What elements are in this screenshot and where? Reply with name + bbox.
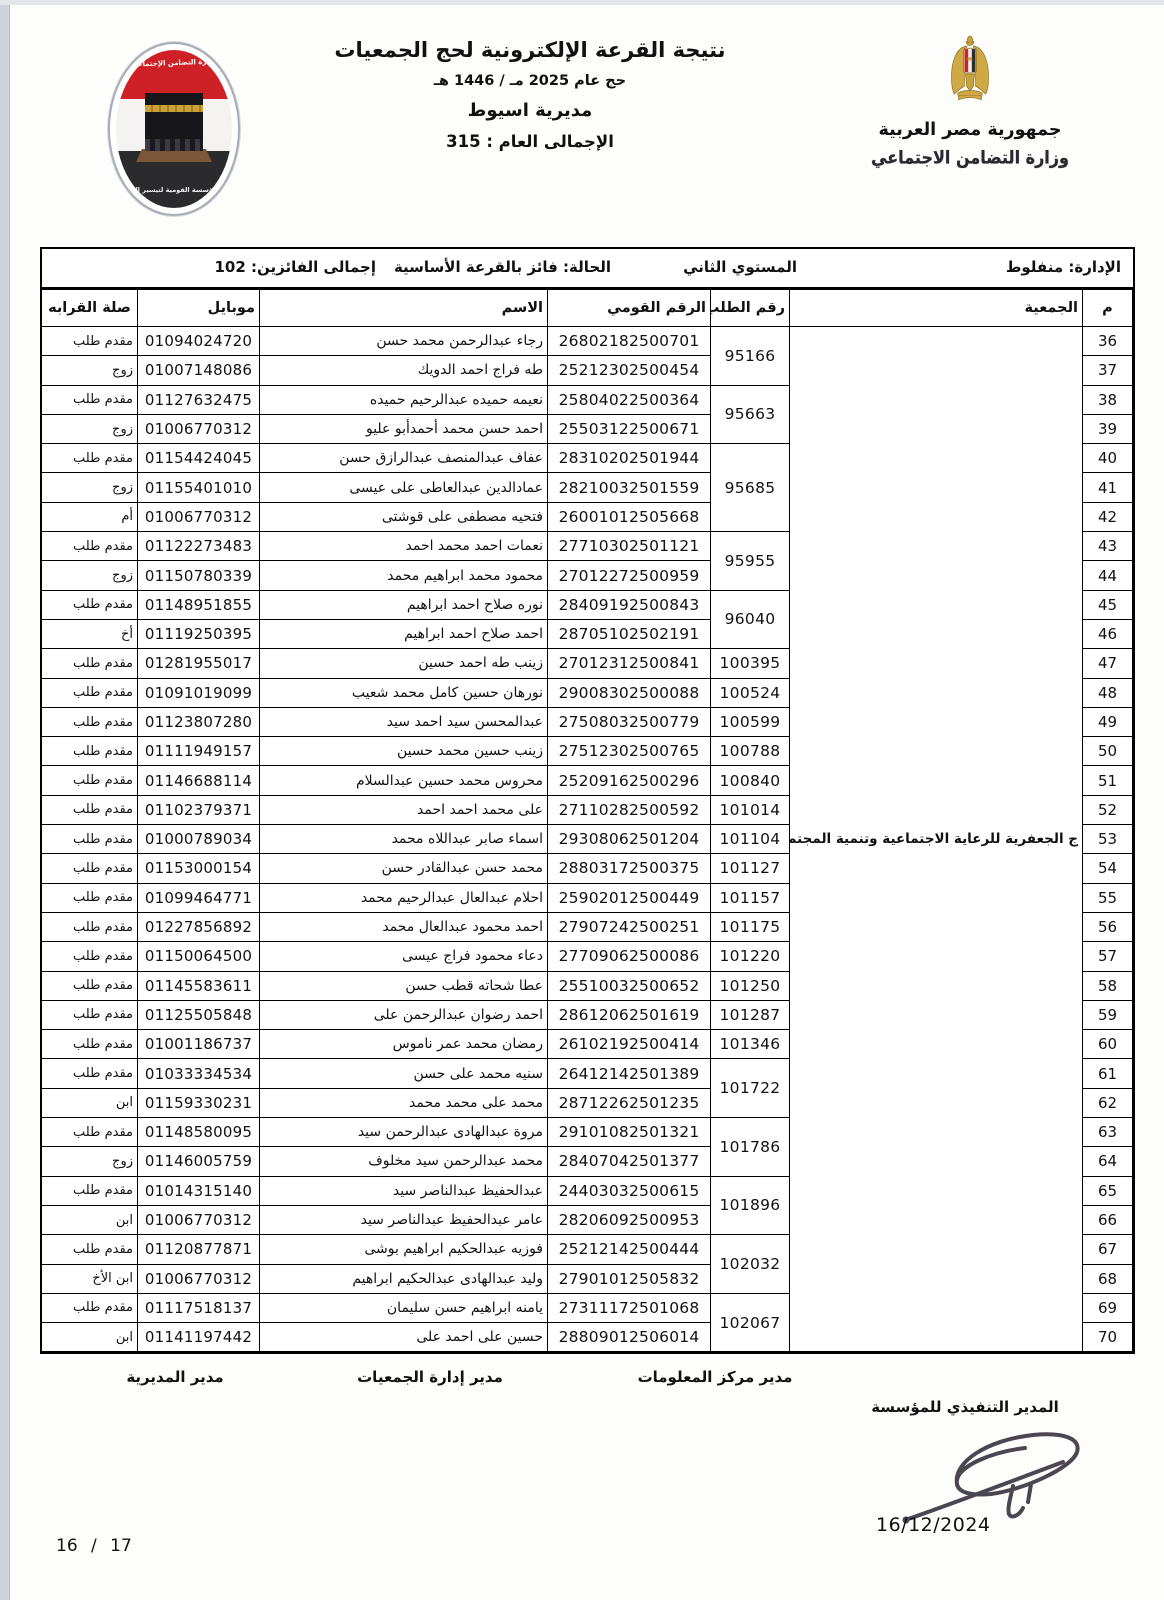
national-id-cell: 24403032500615 <box>548 1176 711 1205</box>
name-cell: نوره صلاح احمد ابراهيم <box>260 590 548 619</box>
name-cell: نعيمه حميده عبدالرحيم حميده <box>260 385 548 414</box>
table-row: 36ج الجعفرية للرعاية الاجتماعية وتنمية ا… <box>42 327 1133 356</box>
name-cell: حسين على احمد على <box>260 1323 548 1352</box>
relation-cell: زوج <box>42 473 138 502</box>
relation-cell: مقدم طلب <box>42 1235 138 1264</box>
row-number-cell: 69 <box>1083 1293 1133 1322</box>
row-number-cell: 56 <box>1083 912 1133 941</box>
mobile-cell: 01006770312 <box>138 414 260 443</box>
national-id-cell: 27012272500959 <box>548 561 711 590</box>
name-cell: زينب طه احمد حسين <box>260 649 548 678</box>
mobile-cell: 01006770312 <box>138 1205 260 1234</box>
national-id-cell: 29008302500088 <box>548 678 711 707</box>
row-number-cell: 40 <box>1083 444 1133 473</box>
request-number-cell: 100840 <box>711 766 790 795</box>
request-number-cell: 101157 <box>711 883 790 912</box>
name-cell: محمد عبدالرحمن سيد مخلوف <box>260 1147 548 1176</box>
mobile-cell: 01099464771 <box>138 883 260 912</box>
page-number: 16 / 17 <box>56 1536 132 1556</box>
name-cell: زينب حسين محمد حسين <box>260 737 548 766</box>
row-number-cell: 51 <box>1083 766 1133 795</box>
national-id-cell: 26802182500701 <box>548 327 711 356</box>
national-id-cell: 27110282500592 <box>548 795 711 824</box>
request-number-cell: 95663 <box>711 385 790 444</box>
mobile-cell: 01154424045 <box>138 444 260 473</box>
row-number-cell: 50 <box>1083 737 1133 766</box>
name-cell: محمد على محمد محمد <box>260 1088 548 1117</box>
mobile-cell: 01006770312 <box>138 502 260 531</box>
grand-total-line: الإجمالى العام : 315 <box>330 132 730 151</box>
national-id-cell: 27311172501068 <box>548 1293 711 1322</box>
request-number-cell: 101175 <box>711 912 790 941</box>
row-number-cell: 47 <box>1083 649 1133 678</box>
relation-cell: مقدم طلب <box>42 707 138 736</box>
row-number-cell: 39 <box>1083 414 1133 443</box>
relation-cell: مقدم طلب <box>42 327 138 356</box>
national-id-cell: 27901012505832 <box>548 1264 711 1293</box>
request-number-cell: 101346 <box>711 1030 790 1059</box>
administration-label: الإدارة: منفلوط <box>1006 258 1121 276</box>
mobile-cell: 01119250395 <box>138 619 260 648</box>
name-cell: فوزيه عبدالحكيم ابراهيم بوشى <box>260 1235 548 1264</box>
mobile-cell: 01148951855 <box>138 590 260 619</box>
request-number-cell: 102067 <box>711 1293 790 1352</box>
relation-cell: مقدم طلب <box>42 678 138 707</box>
mobile-cell: 01001186737 <box>138 1030 260 1059</box>
national-id-cell: 26412142501389 <box>548 1059 711 1088</box>
scan-edge-strip <box>0 0 10 1600</box>
row-number-cell: 58 <box>1083 971 1133 1000</box>
relation-cell: مقدم طلب <box>42 825 138 854</box>
name-cell: محمود محمد ابراهيم محمد <box>260 561 548 590</box>
mobile-cell: 01281955017 <box>138 649 260 678</box>
row-number-cell: 64 <box>1083 1147 1133 1176</box>
col-header-relation: صلة القرابه <box>42 290 138 327</box>
name-cell: احمد رضوان عبدالرحمن على <box>260 1000 548 1029</box>
mobile-cell: 01120877871 <box>138 1235 260 1264</box>
results-table: م الجمعية رقم الطلب الرقم القومي الاسم م… <box>41 289 1133 1352</box>
national-id-cell: 27012312500841 <box>548 649 711 678</box>
name-cell: سنيه محمد على حسن <box>260 1059 548 1088</box>
row-number-cell: 54 <box>1083 854 1133 883</box>
row-number-cell: 42 <box>1083 502 1133 531</box>
national-id-cell: 25510032500652 <box>548 971 711 1000</box>
mobile-cell: 01148580095 <box>138 1118 260 1147</box>
relation-cell: مقدم طلب <box>42 385 138 414</box>
name-cell: رجاء عبدالرحمن محمد حسن <box>260 327 548 356</box>
name-cell: محروس محمد حسين عبدالسلام <box>260 766 548 795</box>
relation-cell: مقدم طلب <box>42 1059 138 1088</box>
row-number-cell: 61 <box>1083 1059 1133 1088</box>
mobile-cell: 01155401010 <box>138 473 260 502</box>
national-id-cell: 25902012500449 <box>548 883 711 912</box>
col-header-serial: م <box>1083 290 1133 327</box>
request-number-cell: 101722 <box>711 1059 790 1118</box>
national-id-cell: 26102192500414 <box>548 1030 711 1059</box>
scan-edge-top <box>0 0 1164 5</box>
directorate-line: مديرية اسيوط <box>330 100 730 121</box>
national-id-cell: 26001012505668 <box>548 502 711 531</box>
document-title-block: نتيجة القرعة الإلكترونية لحج الجمعيات حج… <box>330 38 730 151</box>
name-cell: فتحيه مصطفى على قوشتى <box>260 502 548 531</box>
request-number-cell: 100524 <box>711 678 790 707</box>
request-number-cell: 101127 <box>711 854 790 883</box>
request-number-cell: 101250 <box>711 971 790 1000</box>
mobile-cell: 01141197442 <box>138 1323 260 1352</box>
mobile-cell: 01014315140 <box>138 1176 260 1205</box>
row-number-cell: 36 <box>1083 327 1133 356</box>
row-number-cell: 59 <box>1083 1000 1133 1029</box>
row-number-cell: 43 <box>1083 532 1133 561</box>
name-cell: نورهان حسين كامل محمد شعيب <box>260 678 548 707</box>
mobile-cell: 01094024720 <box>138 327 260 356</box>
request-number-cell: 100788 <box>711 737 790 766</box>
mobile-cell: 01000789034 <box>138 825 260 854</box>
relation-cell: مقدم طلب <box>42 1000 138 1029</box>
mobile-cell: 01150780339 <box>138 561 260 590</box>
name-cell: نعمات احمد محمد احمد <box>260 532 548 561</box>
relation-cell: مقدم طلب <box>42 649 138 678</box>
mobile-cell: 01145583611 <box>138 971 260 1000</box>
mobile-cell: 01006770312 <box>138 1264 260 1293</box>
row-number-cell: 37 <box>1083 356 1133 385</box>
name-cell: رمضان محمد عمر ناموس <box>260 1030 548 1059</box>
mobile-cell: 01007148086 <box>138 356 260 385</box>
relation-cell: مقدم طلب <box>42 590 138 619</box>
national-id-cell: 29308062501204 <box>548 825 711 854</box>
national-id-cell: 28206092500953 <box>548 1205 711 1234</box>
request-number-cell: 101896 <box>711 1176 790 1235</box>
relation-cell: مقدم طلب <box>42 1176 138 1205</box>
name-cell: عبدالحفيظ عبدالناصر سيد <box>260 1176 548 1205</box>
national-id-cell: 28210032501559 <box>548 473 711 502</box>
relation-cell: مقدم طلب <box>42 942 138 971</box>
national-id-cell: 29101082501321 <box>548 1118 711 1147</box>
national-id-cell: 25503122500671 <box>548 414 711 443</box>
association-cell: ج الجعفرية للرعاية الاجتماعية وتنمية الم… <box>790 327 1083 1352</box>
mobile-cell: 01127632475 <box>138 385 260 414</box>
national-id-cell: 28712262501235 <box>548 1088 711 1117</box>
total-winners-label: إجمالى الفائزين: 102 <box>214 258 376 276</box>
name-cell: محمد حسن عبدالقادر حسن <box>260 854 548 883</box>
mobile-cell: 01091019099 <box>138 678 260 707</box>
mobile-cell: 01125505848 <box>138 1000 260 1029</box>
mobile-cell: 01146688114 <box>138 766 260 795</box>
row-number-cell: 38 <box>1083 385 1133 414</box>
results-table-wrap: الإدارة: منفلوط المستوي الثاني الحالة: ف… <box>40 247 1135 1354</box>
logo-ring-text-bottom: المؤسسة القومية لتيسير الحج <box>116 186 232 194</box>
request-number-cell: 95685 <box>711 444 790 532</box>
national-id-cell: 25212142500444 <box>548 1235 711 1264</box>
mobile-cell: 01153000154 <box>138 854 260 883</box>
document-date: 16/12/2024 <box>876 1514 991 1536</box>
national-id-cell: 28407042501377 <box>548 1147 711 1176</box>
name-cell: يامنه ابراهيم حسن سليمان <box>260 1293 548 1322</box>
mobile-cell: 01033334534 <box>138 1059 260 1088</box>
request-number-cell: 101104 <box>711 825 790 854</box>
hajj-year-line: حج عام 2025 مـ / 1446 هـ <box>330 73 730 89</box>
row-number-cell: 53 <box>1083 825 1133 854</box>
request-number-cell: 95955 <box>711 532 790 591</box>
name-cell: دعاء محمود فراج عيسى <box>260 942 548 971</box>
national-id-cell: 27710302501121 <box>548 532 711 561</box>
national-id-cell: 27512302500765 <box>548 737 711 766</box>
national-id-cell: 28705102502191 <box>548 619 711 648</box>
relation-cell: ابن <box>42 1088 138 1117</box>
row-number-cell: 52 <box>1083 795 1133 824</box>
name-cell: طه فراج احمد الدويك <box>260 356 548 385</box>
republic-title: جمهورية مصر العربية <box>845 120 1095 140</box>
row-number-cell: 63 <box>1083 1118 1133 1147</box>
results-body: 36ج الجعفرية للرعاية الاجتماعية وتنمية ا… <box>42 327 1133 1352</box>
relation-cell: مقدم طلب <box>42 1293 138 1322</box>
name-cell: احمد صلاح احمد ابراهيم <box>260 619 548 648</box>
relation-cell: ابن الأخ <box>42 1264 138 1293</box>
request-number-cell: 95166 <box>711 327 790 386</box>
name-cell: عطا شحاته قطب حسن <box>260 971 548 1000</box>
name-cell: اسماء صابر عبداللاه محمد <box>260 825 548 854</box>
name-cell: وليد عبدالهادى عبدالحكيم ابراهيم <box>260 1264 548 1293</box>
page-title: نتيجة القرعة الإلكترونية لحج الجمعيات <box>330 38 730 62</box>
name-cell: احلام عبدالعال عبدالرحيم محمد <box>260 883 548 912</box>
mobile-cell: 01227856892 <box>138 912 260 941</box>
relation-cell: مقدم طلب <box>42 737 138 766</box>
row-number-cell: 45 <box>1083 590 1133 619</box>
national-id-cell: 28409192500843 <box>548 590 711 619</box>
relation-cell: مقدم طلب <box>42 444 138 473</box>
foundation-logo-oval: وزارة التضامن الإجتماعي المؤسسة القومية … <box>108 42 240 216</box>
signature-label-executive-director: المدير التنفيذي للمؤسسة <box>860 1398 1070 1416</box>
relation-cell: مقدم طلب <box>42 532 138 561</box>
national-id-cell: 28803172500375 <box>548 854 711 883</box>
kaaba-icon <box>142 84 206 162</box>
ministry-calligraphy: وزارة التضامن الاجتماعي <box>845 147 1095 168</box>
request-number-cell: 101220 <box>711 942 790 971</box>
document-page: وزارة التضامن الإجتماعي المؤسسة القومية … <box>0 0 1164 1600</box>
mobile-cell: 01122273483 <box>138 532 260 561</box>
relation-cell: أخ <box>42 619 138 648</box>
relation-cell: زوج <box>42 356 138 385</box>
request-number-cell: 102032 <box>711 1235 790 1294</box>
signature-label-directorate-manager: مدير المديرية <box>100 1368 250 1386</box>
name-cell: عبدالمحسن سيد احمد سيد <box>260 707 548 736</box>
name-cell: عمادالدين عبدالعاطى على عيسى <box>260 473 548 502</box>
name-cell: مروة عبدالهادى عبدالرحمن سيد <box>260 1118 548 1147</box>
mobile-cell: 01123807280 <box>138 707 260 736</box>
col-header-request: رقم الطلب <box>711 290 790 327</box>
row-number-cell: 48 <box>1083 678 1133 707</box>
row-number-cell: 66 <box>1083 1205 1133 1234</box>
national-id-cell: 25212302500454 <box>548 356 711 385</box>
relation-cell: مقدم طلب <box>42 795 138 824</box>
mobile-cell: 01102379371 <box>138 795 260 824</box>
row-number-cell: 57 <box>1083 942 1133 971</box>
national-id-cell: 27508032500779 <box>548 707 711 736</box>
name-cell: عفاف عبدالمنصف عبدالرازق حسن <box>260 444 548 473</box>
national-id-cell: 28809012506014 <box>548 1323 711 1352</box>
national-id-cell: 27907242500251 <box>548 912 711 941</box>
mobile-cell: 01117518137 <box>138 1293 260 1322</box>
relation-cell: زوج <box>42 414 138 443</box>
row-number-cell: 62 <box>1083 1088 1133 1117</box>
relation-cell: مقدم طلب <box>42 1118 138 1147</box>
col-header-national-id: الرقم القومي <box>548 290 711 327</box>
col-header-name: الاسم <box>260 290 548 327</box>
row-number-cell: 55 <box>1083 883 1133 912</box>
request-number-cell: 96040 <box>711 590 790 649</box>
col-header-association: الجمعية <box>790 290 1083 327</box>
relation-cell: زوج <box>42 1147 138 1176</box>
row-number-cell: 67 <box>1083 1235 1133 1264</box>
name-cell: احمد حسن محمد أحمدأبو عليو <box>260 414 548 443</box>
status-label: الحالة: فائز بالقرعة الأساسية <box>394 258 611 276</box>
mobile-cell: 01111949157 <box>138 737 260 766</box>
relation-cell: أم <box>42 502 138 531</box>
relation-cell: ابن <box>42 1205 138 1234</box>
relation-cell: مقدم طلب <box>42 1030 138 1059</box>
name-cell: عامر عبدالحفيظ عبدالناصر سيد <box>260 1205 548 1234</box>
table-header-row: م الجمعية رقم الطلب الرقم القومي الاسم م… <box>42 290 1133 327</box>
col-header-mobile: موبايل <box>138 290 260 327</box>
national-id-cell: 27709062500086 <box>548 942 711 971</box>
row-number-cell: 68 <box>1083 1264 1133 1293</box>
row-number-cell: 60 <box>1083 1030 1133 1059</box>
relation-cell: مقدم طلب <box>42 854 138 883</box>
request-number-cell: 100395 <box>711 649 790 678</box>
mobile-cell: 01150064500 <box>138 942 260 971</box>
government-emblem-block: جمهورية مصر العربية وزارة التضامن الاجتم… <box>845 34 1095 167</box>
relation-cell: ابن <box>42 1323 138 1352</box>
egypt-eagle-icon <box>942 34 998 114</box>
request-number-cell: 101786 <box>711 1118 790 1177</box>
national-id-cell: 28612062501619 <box>548 1000 711 1029</box>
mobile-cell: 01159330231 <box>138 1088 260 1117</box>
request-number-cell: 101014 <box>711 795 790 824</box>
relation-cell: زوج <box>42 561 138 590</box>
relation-cell: مقدم طلب <box>42 971 138 1000</box>
foundation-logo: وزارة التضامن الإجتماعي المؤسسة القومية … <box>112 42 240 212</box>
name-cell: احمد محمود عبدالعال محمد <box>260 912 548 941</box>
national-id-cell: 25804022500364 <box>548 385 711 414</box>
row-number-cell: 65 <box>1083 1176 1133 1205</box>
national-id-cell: 25209162500296 <box>548 766 711 795</box>
request-number-cell: 100599 <box>711 707 790 736</box>
relation-cell: مقدم طلب <box>42 766 138 795</box>
row-number-cell: 46 <box>1083 619 1133 648</box>
row-number-cell: 44 <box>1083 561 1133 590</box>
level-label: المستوي الثاني <box>683 258 797 276</box>
row-number-cell: 70 <box>1083 1323 1133 1352</box>
signature-label-associations-manager: مدير إدارة الجمعيات <box>335 1368 525 1386</box>
mobile-cell: 01146005759 <box>138 1147 260 1176</box>
name-cell: على محمد احمد احمد <box>260 795 548 824</box>
signature-label-information-manager: مدير مركز المعلومات <box>620 1368 810 1386</box>
request-number-cell: 101287 <box>711 1000 790 1029</box>
row-number-cell: 49 <box>1083 707 1133 736</box>
relation-cell: مقدم طلب <box>42 883 138 912</box>
relation-cell: مقدم طلب <box>42 912 138 941</box>
table-info-row: الإدارة: منفلوط المستوي الثاني الحالة: ف… <box>42 249 1133 289</box>
foundation-logo-bands: وزارة التضامن الإجتماعي المؤسسة القومية … <box>116 50 232 208</box>
row-number-cell: 41 <box>1083 473 1133 502</box>
national-id-cell: 28310202501944 <box>548 444 711 473</box>
